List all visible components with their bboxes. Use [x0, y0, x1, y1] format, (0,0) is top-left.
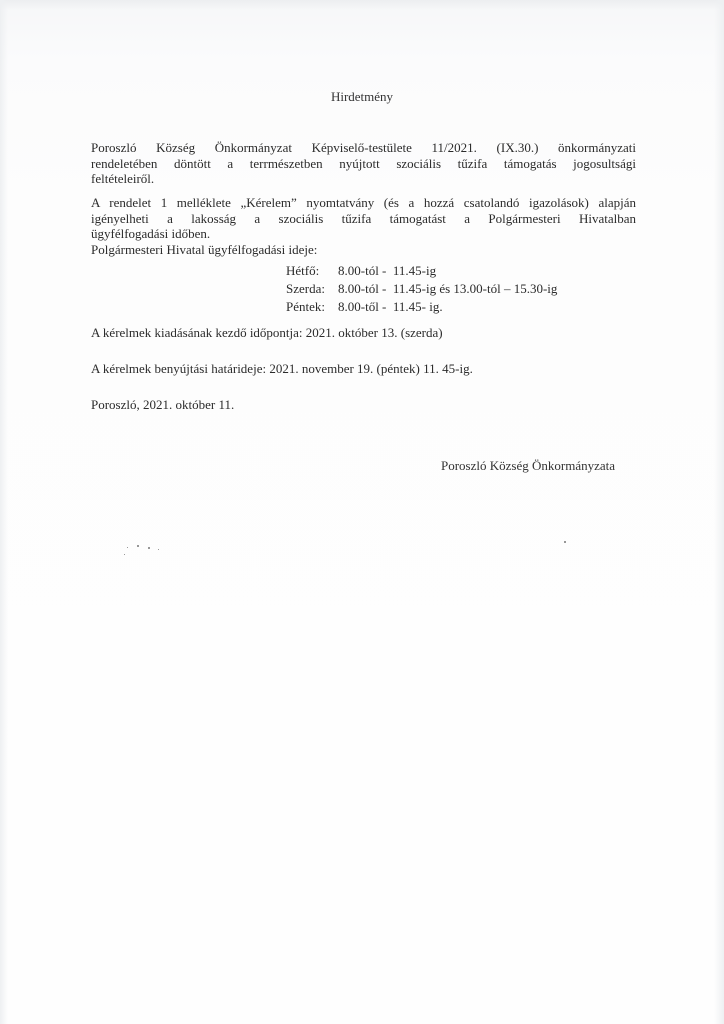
hours-value: 8.00-től - 11.45- ig.: [338, 299, 443, 314]
office-hours-heading: Polgármesteri Hivatal ügyfélfogadási ide…: [91, 242, 636, 258]
hours-value: 8.00-tól - 11.45-ig és 13.00-tól – 15.30…: [338, 281, 557, 296]
office-hours-list: Hétfő:8.00-tól - 11.45-ig Szerda:8.00-tó…: [286, 262, 557, 316]
page-shadow-right: [714, 0, 724, 1024]
day-label: Hétfő:: [286, 262, 338, 280]
scan-speck: [127, 547, 128, 548]
page-shadow-top: [0, 0, 724, 10]
paragraph-regulation: Poroszló Község Önkormányzat Képviselő-t…: [91, 140, 636, 187]
scan-speck: [564, 541, 566, 543]
document-title: Hirdetmény: [0, 89, 724, 105]
scanned-page: Hirdetmény Poroszló Község Önkormányzat …: [0, 0, 724, 1024]
day-label: Péntek:: [286, 298, 338, 316]
office-hours-wednesday: Szerda:8.00-tól - 11.45-ig és 13.00-tól …: [286, 280, 557, 298]
paragraph-line: rendeletében döntött a terrmészetben nyú…: [91, 156, 636, 172]
submission-deadline: A kérelmek benyújtási határideje: 2021. …: [91, 361, 473, 377]
office-hours-monday: Hétfő:8.00-tól - 11.45-ig: [286, 262, 557, 280]
paragraph-line: feltételeiről.: [91, 171, 636, 187]
issue-start-date: A kérelmek kiadásának kezdő időpontja: 2…: [91, 325, 443, 341]
paragraph-line: ügyfélfogadási időben.: [91, 226, 636, 242]
scan-speck: [158, 549, 159, 550]
office-hours-friday: Péntek:8.00-től - 11.45- ig.: [286, 298, 557, 316]
scan-speck: [124, 554, 125, 555]
hours-value: 8.00-tól - 11.45-ig: [338, 263, 436, 278]
scan-speck: [137, 545, 139, 547]
paragraph-line: Poroszló Község Önkormányzat Képviselő-t…: [91, 140, 636, 156]
paragraph-line: igényelheti a lakosság a szociális tűzif…: [91, 211, 636, 227]
scan-speck: [148, 547, 150, 549]
page-shadow-left: [0, 0, 8, 1024]
paragraph-application: A rendelet 1 melléklete „Kérelem” nyomta…: [91, 195, 636, 257]
paragraph-line: A rendelet 1 melléklete „Kérelem” nyomta…: [91, 195, 636, 211]
signature: Poroszló Község Önkormányzata: [441, 458, 615, 474]
day-label: Szerda:: [286, 280, 338, 298]
place-and-date: Poroszló, 2021. október 11.: [91, 397, 234, 413]
